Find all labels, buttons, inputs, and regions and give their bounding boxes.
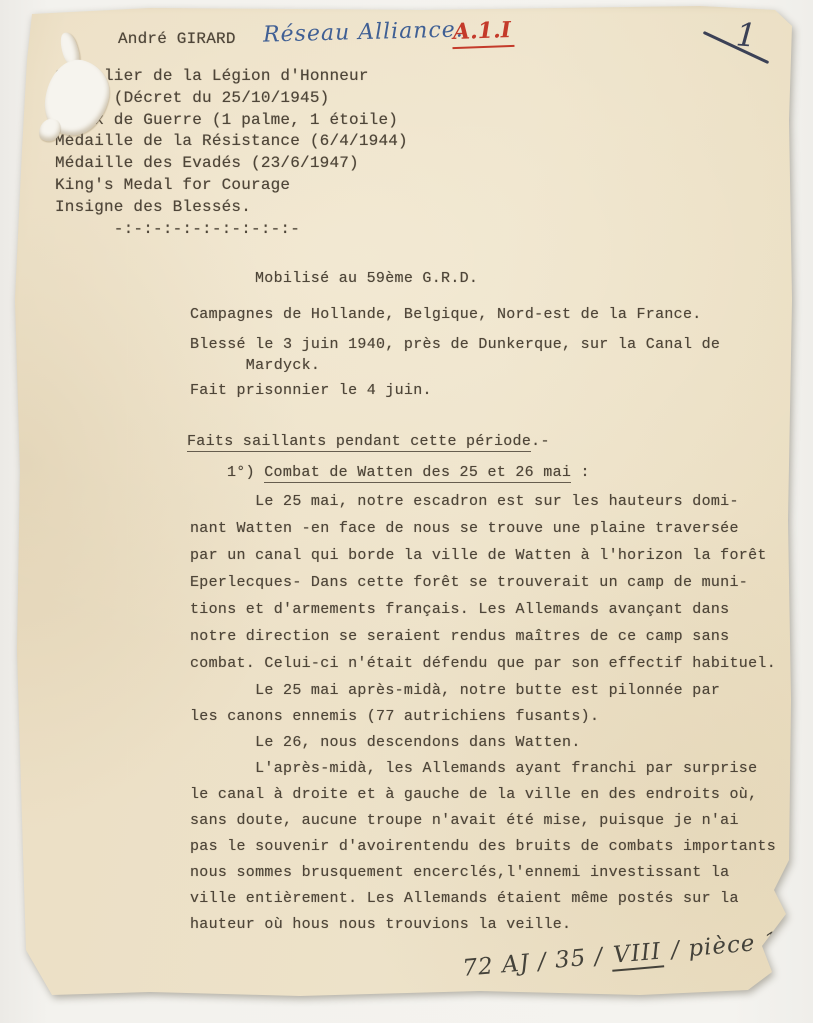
paper-sheet: André GIRARD Chevalier de la Légion d'Ho… (0, 0, 813, 1023)
text-line: King's Medal for Courage (55, 175, 408, 197)
text-line: Croix de Guerre (1 palme, 1 étoile) (55, 110, 408, 132)
text-line: notre direction se seraient rendus maîtr… (190, 623, 776, 650)
paper-sheet-wrapper: André GIRARD Chevalier de la Légion d'Ho… (0, 0, 813, 1023)
text-line: sans doute, aucune troupe n'avait été mi… (190, 808, 776, 834)
handwritten-code-red: A.1.I (451, 17, 514, 49)
section-heading-tail: .- (531, 433, 550, 450)
text-line: nant Watten -en face de nous se trouve u… (190, 515, 776, 542)
text-line: hauteur où hous nous trouvions la veille… (190, 912, 776, 938)
text-line: L'après-midà, les Allemands ayant franch… (190, 756, 776, 782)
text-line: par un canal qui borde la ville de Watte… (190, 542, 776, 569)
archive-ref-roman: VIII (610, 938, 664, 971)
text-line: Le 26, nous descendons dans Watten. (190, 730, 776, 756)
campaigns-line: Campagnes de Hollande, Belgique, Nord-es… (190, 306, 702, 323)
paragraph-watten-2: Le 25 mai après-midà, notre butte est pi… (190, 678, 776, 938)
text-line: nous sommes brusquement encerclés,l'enne… (190, 860, 776, 886)
text-line: combat. Celui-ci n'était défendu que par… (190, 650, 776, 677)
handwritten-code-text: A.1.I (451, 17, 514, 49)
mobilised-line: Mobilisé au 59ème G.R.D. (255, 270, 478, 287)
section-heading-underlined: Faits saillants pendant cette période (187, 433, 531, 452)
text-line: Mardyck. (190, 355, 720, 376)
scan-background: { "colors": { "paper": "#ecdfc4", "typed… (0, 0, 813, 1023)
text-line: tions et d'armements français. Les Allem… (190, 596, 776, 623)
text-line: Insigne des Blessés. (55, 197, 408, 219)
text-line: Le 25 mai, notre escadron est sur les ha… (190, 488, 776, 515)
text-line: Médaille de la Résistance (6/4/1944) (55, 131, 408, 153)
text-line: Blessé le 3 juin 1940, près de Dunkerque… (190, 334, 720, 355)
archive-ref-prefix: 72 AJ / 35 / (461, 943, 612, 982)
sub-heading: 1°) Combat de Watten des 25 et 26 mai : (227, 464, 590, 481)
sub-heading-underlined: Combat de Watten des 25 et 26 mai (264, 464, 571, 483)
section-heading: Faits saillants pendant cette période.- (187, 433, 550, 450)
text-line: -:-:-:-:-:-:-:-:-:- (55, 219, 408, 241)
wounded-lines: Blessé le 3 juin 1940, près de Dunkerque… (190, 334, 720, 376)
sub-heading-tail: : (571, 464, 590, 481)
text-line: Médaille des Evadés (23/6/1947) (55, 153, 408, 175)
paragraph-watten-1: Le 25 mai, notre escadron est sur les ha… (190, 488, 776, 677)
handwritten-reseau-alliance: Réseau Alliance. (263, 17, 464, 47)
text-line: le canal à droite et à gauche de la vill… (190, 782, 776, 808)
text-line: ville entièrement. Les Allemands étaient… (190, 886, 776, 912)
text-line: les canons ennemis (77 autrichiens fusan… (190, 704, 776, 730)
sub-heading-number: 1°) (227, 464, 264, 481)
text-line: pas le souvenir d'avoirentendu des bruit… (190, 834, 776, 860)
text-line: Eperlecques- Dans cette forêt se trouver… (190, 569, 776, 596)
text-line: Le 25 mai après-midà, notre butte est pi… (190, 678, 776, 704)
prisoner-line: Fait prisonnier le 4 juin. (190, 382, 432, 399)
author-name: André GIRARD (118, 30, 236, 48)
